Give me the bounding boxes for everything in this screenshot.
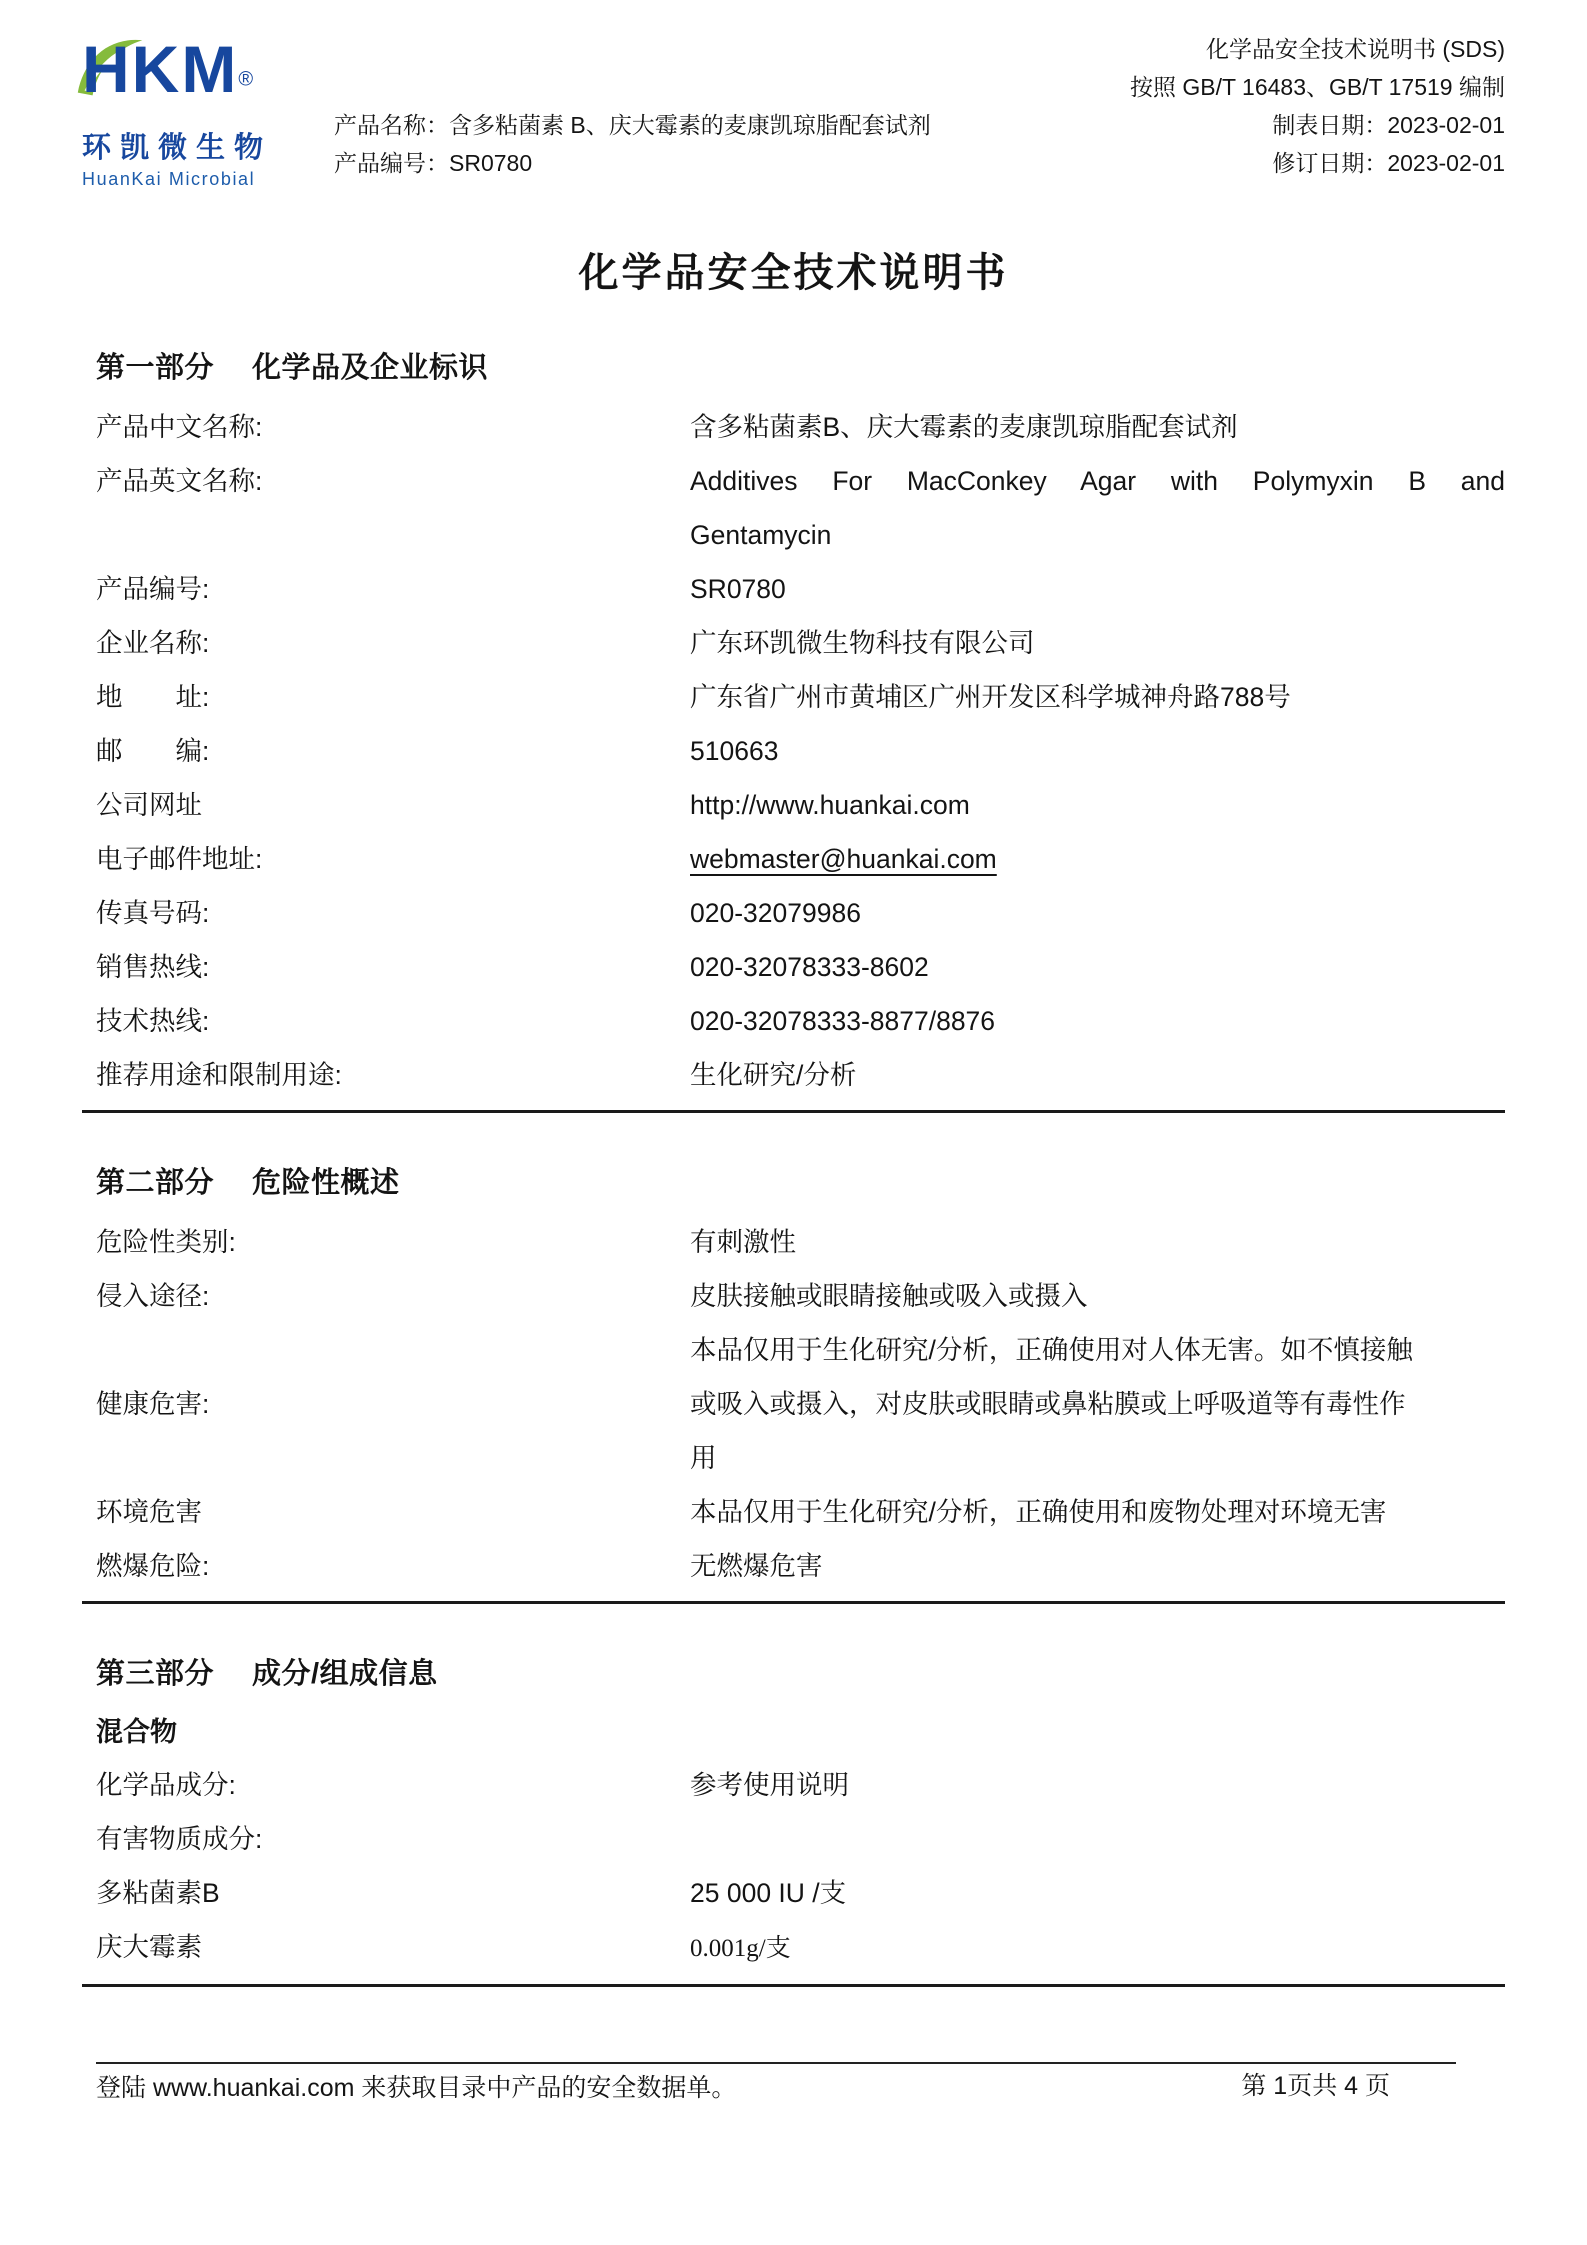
page-title: 化学品安全技术说明书	[82, 248, 1505, 298]
mixture-subheading: 混合物	[82, 1706, 1505, 1758]
environment-hazard-value: 本品仅用于生化研究/分析，正确使用和废物处理对环境无害	[690, 1485, 1505, 1539]
recommended-use-row: 推荐用途和限制用途: 生化研究/分析	[82, 1048, 1505, 1102]
logo-chinese-name: 环凯微生物	[82, 125, 334, 166]
sales-hotline-row: 销售热线: 020-32078333-8602	[82, 940, 1505, 994]
gentamycin-value: 0.001g/支	[690, 1920, 1505, 1976]
email-label: 电子邮件地址:	[96, 832, 690, 886]
product-en-name-value: Additives For MacConkey Agar with Polymy…	[690, 454, 1505, 562]
hazard-category-label: 危险性类别:	[96, 1215, 690, 1269]
page-number: 第 1页共 4 页	[1241, 2070, 1390, 2102]
header-issue-date: 制表日期：2023-02-01	[1272, 106, 1505, 144]
company-logo: HKM® 环凯微生物 HuanKai Microbial	[82, 28, 334, 190]
gentamycin-row: 庆大霉素 0.001g/支	[82, 1920, 1505, 1976]
website-row: 公司网址 http://www.huankai.com	[82, 778, 1505, 832]
address-row: 地 址: 广东省广州市黄埔区广州开发区科学城神舟路788号	[82, 670, 1505, 724]
hazard-category-row: 危险性类别: 有刺激性	[82, 1215, 1505, 1269]
document-header: HKM® 环凯微生物 HuanKai Microbial 化学品安全技术说明书 …	[82, 28, 1505, 190]
section-1-rows: 产品中文名称: 含多粘菌素B、庆大霉素的麦康凯琼脂配套试剂 产品英文名称: Ad…	[82, 400, 1505, 1113]
health-hazard-line1: 本品仅用于生化研究/分析，正确使用对人体无害。如不慎接触	[690, 1323, 1505, 1377]
address-value: 广东省广州市黄埔区广州开发区科学城神舟路788号	[690, 670, 1505, 724]
recommended-use-value: 生化研究/分析	[690, 1048, 1505, 1102]
product-code-value: SR0780	[690, 562, 1505, 616]
section-1-identification: 第一部分 化学品及企业标识 产品中文名称: 含多粘菌素B、庆大霉素的麦康凯琼脂配…	[82, 348, 1505, 1113]
gentamycin-amount: 0.001g/支	[690, 1935, 791, 1962]
sales-hotline-value: 020-32078333-8602	[690, 940, 1505, 994]
website-value: http://www.huankai.com	[690, 778, 1505, 832]
postcode-row: 邮 编: 510663	[82, 724, 1505, 778]
hazard-category-value: 有刺激性	[690, 1215, 1505, 1269]
gentamycin-label: 庆大霉素	[96, 1920, 690, 1976]
health-hazard-label: 健康危害:	[96, 1377, 690, 1431]
logo-text: HKM	[82, 32, 238, 106]
product-en-name-line2: Gentamycin	[690, 508, 1505, 562]
polymyxin-b-row: 多粘菌素B 25 000 IU /支	[82, 1866, 1505, 1920]
product-cn-name-row: 产品中文名称: 含多粘菌素B、庆大霉素的麦康凯琼脂配套试剂	[82, 400, 1505, 454]
explosion-hazard-value: 无燃爆危害	[690, 1539, 1505, 1593]
company-name-value: 广东环凯微生物科技有限公司	[690, 616, 1505, 670]
explosion-hazard-row: 燃爆危险: 无燃爆危害	[82, 1539, 1505, 1593]
header-row-product-code: 产品编号：SR0780 修订日期：2023-02-01	[334, 144, 1505, 182]
doc-type-line: 化学品安全技术说明书 (SDS)	[334, 30, 1505, 68]
section-2-hazards: 第二部分 危险性概述 危险性类别: 有刺激性 侵入途径: 皮肤接触或眼睛接触或吸…	[82, 1163, 1505, 1604]
email-value: webmaster@huankai.com	[690, 832, 1505, 886]
section-3-composition: 第三部分 成分/组成信息 混合物 化学品成分: 参考使用说明 有害物质成分: 多…	[82, 1654, 1505, 1987]
tech-hotline-label: 技术热线:	[96, 994, 690, 1048]
product-cn-name-label: 产品中文名称:	[96, 400, 690, 454]
product-en-name-line1: Additives For MacConkey Agar with Polymy…	[690, 454, 1505, 508]
header-product-code: 产品编号：SR0780	[334, 144, 532, 182]
section-2-heading: 第二部分 危险性概述	[82, 1163, 1505, 1203]
section-2-rows: 危险性类别: 有刺激性 侵入途径: 皮肤接触或眼睛接触或吸入或摄入 健康危害: …	[82, 1215, 1505, 1604]
product-cn-name-value: 含多粘菌素B、庆大霉素的麦康凯琼脂配套试剂	[690, 400, 1505, 454]
tech-hotline-row: 技术热线: 020-32078333-8877/8876	[82, 994, 1505, 1048]
harmful-components-value	[690, 1812, 1505, 1866]
health-hazard-value: 本品仅用于生化研究/分析，正确使用对人体无害。如不慎接触 或吸入或摄入，对皮肤或…	[690, 1323, 1505, 1485]
section-1-heading: 第一部分 化学品及企业标识	[82, 348, 1505, 388]
entry-route-value: 皮肤接触或眼睛接触或吸入或摄入	[690, 1269, 1505, 1323]
header-product-name: 产品名称：含多粘菌素 B、庆大霉素的麦康凯琼脂配套试剂	[334, 106, 931, 144]
footer-note: 登陆 www.huankai.com 来获取目录中产品的安全数据单。	[96, 2072, 736, 2104]
page-footer: 登陆 www.huankai.com 来获取目录中产品的安全数据单。 第 1页共…	[96, 2062, 1456, 2104]
health-hazard-row: 健康危害: 本品仅用于生化研究/分析，正确使用对人体无害。如不慎接触 或吸入或摄…	[82, 1323, 1505, 1485]
explosion-hazard-label: 燃爆危险:	[96, 1539, 690, 1593]
registered-trademark-icon: ®	[238, 69, 253, 91]
company-name-label: 企业名称:	[96, 616, 690, 670]
product-en-name-label: 产品英文名称:	[96, 454, 690, 562]
tech-hotline-value: 020-32078333-8877/8876	[690, 994, 1505, 1048]
postcode-label: 邮 编:	[96, 724, 690, 778]
health-hazard-line3: 用	[690, 1431, 1505, 1485]
polymyxin-b-value: 25 000 IU /支	[690, 1866, 1505, 1920]
fax-label: 传真号码:	[96, 886, 690, 940]
header-revise-date: 修订日期：2023-02-01	[1272, 144, 1505, 182]
entry-route-row: 侵入途径: 皮肤接触或眼睛接触或吸入或摄入	[82, 1269, 1505, 1323]
doc-standard-line: 按照 GB/T 16483、GB/T 17519 编制	[334, 68, 1505, 106]
company-name-row: 企业名称: 广东环凯微生物科技有限公司	[82, 616, 1505, 670]
product-code-row: 产品编号: SR0780	[82, 562, 1505, 616]
chemical-composition-label: 化学品成分:	[96, 1758, 690, 1812]
email-row: 电子邮件地址: webmaster@huankai.com	[82, 832, 1505, 886]
chemical-composition-value: 参考使用说明	[690, 1758, 1505, 1812]
product-code-label: 产品编号:	[96, 562, 690, 616]
product-en-name-row: 产品英文名称: Additives For MacConkey Agar wit…	[82, 454, 1505, 562]
website-label: 公司网址	[96, 778, 690, 832]
recommended-use-label: 推荐用途和限制用途:	[96, 1048, 690, 1102]
environment-hazard-label: 环境危害	[96, 1485, 690, 1539]
sales-hotline-label: 销售热线:	[96, 940, 690, 994]
email-link[interactable]: webmaster@huankai.com	[690, 844, 997, 874]
sds-document-page: HKM® 环凯微生物 HuanKai Microbial 化学品安全技术说明书 …	[0, 0, 1587, 1987]
header-row-product-name: 产品名称：含多粘菌素 B、庆大霉素的麦康凯琼脂配套试剂 制表日期：2023-02…	[334, 106, 1505, 144]
chemical-composition-row: 化学品成分: 参考使用说明	[82, 1758, 1505, 1812]
section-3-heading: 第三部分 成分/组成信息	[82, 1654, 1505, 1694]
logo-english-name: HuanKai Microbial	[82, 169, 334, 190]
polymyxin-b-label: 多粘菌素B	[96, 1866, 690, 1920]
postcode-value: 510663	[690, 724, 1505, 778]
logo-mark: HKM®	[82, 34, 253, 123]
harmful-components-row: 有害物质成分:	[82, 1812, 1505, 1866]
entry-route-label: 侵入途径:	[96, 1269, 690, 1323]
harmful-components-label: 有害物质成分:	[96, 1812, 690, 1866]
environment-hazard-row: 环境危害 本品仅用于生化研究/分析，正确使用和废物处理对环境无害	[82, 1485, 1505, 1539]
health-hazard-line2: 或吸入或摄入，对皮肤或眼睛或鼻粘膜或上呼吸道等有毒性作	[690, 1377, 1505, 1431]
fax-row: 传真号码: 020-32079986	[82, 886, 1505, 940]
fax-value: 020-32079986	[690, 886, 1505, 940]
header-meta: 化学品安全技术说明书 (SDS) 按照 GB/T 16483、GB/T 1751…	[334, 28, 1505, 190]
section-3-rows: 混合物 化学品成分: 参考使用说明 有害物质成分: 多粘菌素B 25 000 I…	[82, 1706, 1505, 1987]
address-label: 地 址:	[96, 670, 690, 724]
